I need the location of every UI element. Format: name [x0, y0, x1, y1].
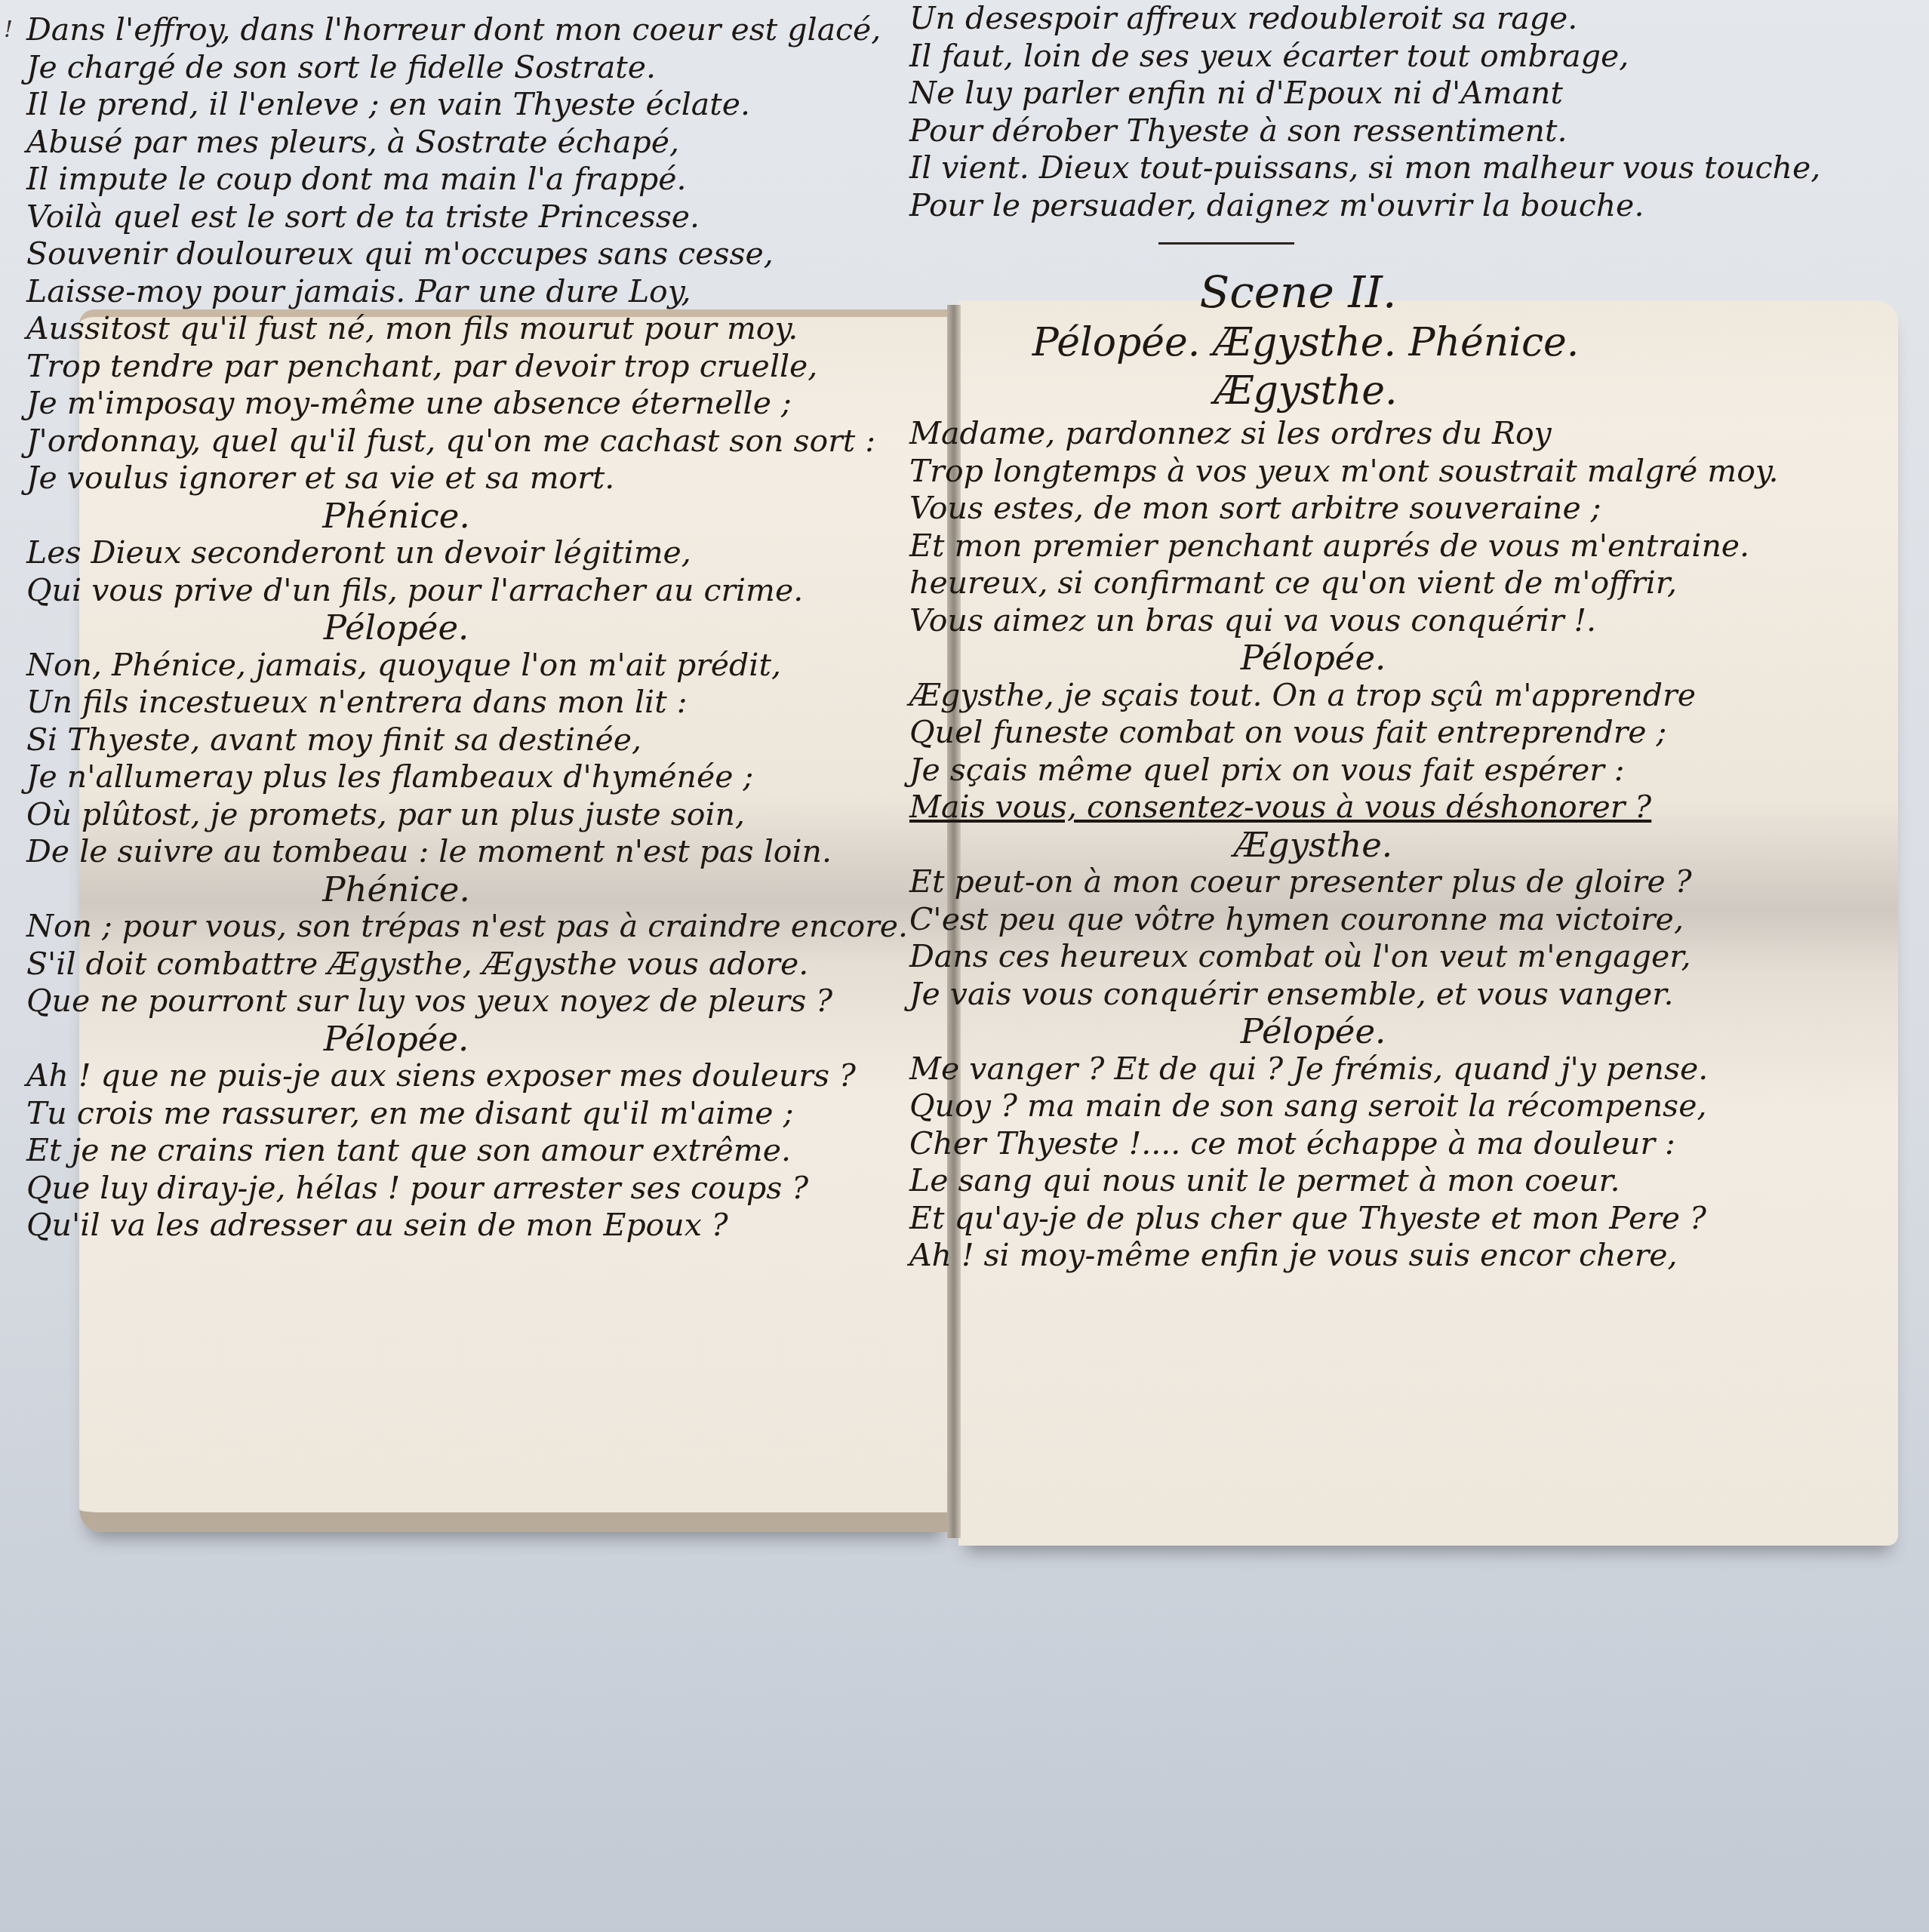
scene-divider-rule	[1158, 242, 1294, 245]
verse-line: Il faut, loin de ses yeux écarter tout o…	[909, 38, 1807, 75]
speaker-name: Ægysthe.	[909, 826, 1807, 864]
verse-line: Si Thyeste, avant moy finit sa destinée,	[26, 721, 857, 759]
margin-mark: !	[4, 11, 13, 49]
verse-line: Ah ! que ne puis-je aux siens exposer me…	[26, 1057, 857, 1095]
verse-line: Que luy diray-je, hélas ! pour arrester …	[26, 1170, 857, 1207]
verse-line: De le suivre au tombeau : le moment n'es…	[26, 833, 857, 871]
verse-line: Non ; pour vous, son trépas n'est pas à …	[26, 908, 857, 946]
verse-line: Je m'imposay moy-même une absence éterne…	[26, 385, 857, 423]
verse-line: Pour dérober Thyeste à son ressentiment.	[909, 112, 1807, 150]
verse-line: Quel funeste combat on vous fait entrepr…	[909, 714, 1807, 752]
verse-line: Où plûtost, je promets, par un plus just…	[26, 796, 857, 834]
verse-line: Laisse-moy pour jamais. Par une dure Loy…	[26, 273, 857, 311]
verse-line: Je chargé de son sort le fidelle Sostrat…	[26, 49, 857, 87]
verse-line: Et mon premier penchant auprés de vous m…	[909, 528, 1807, 565]
cast-list: Pélopée. Ægysthe. Phénice.	[909, 318, 1807, 367]
verse-line: S'il doit combattre Ægysthe, Ægysthe vou…	[26, 946, 857, 983]
verse-line: heureux, si confirmant ce qu'on vient de…	[909, 565, 1807, 602]
verse-line: Un fils incestueux n'entrera dans mon li…	[26, 684, 857, 721]
verse-line: Abusé par mes pleurs, à Sostrate échapé,	[26, 124, 857, 162]
verse-line: Vous aimez un bras qui va vous conquérir…	[909, 602, 1807, 640]
speaker-name: Pélopée.	[909, 639, 1807, 677]
right-page-text: Un desespoir affreux redoubleroit sa rag…	[909, 0, 1807, 1275]
verse-line: Me vanger ? Et de qui ? Je frémis, quand…	[909, 1051, 1807, 1088]
speaker-name: Phénice.	[26, 497, 857, 535]
left-page-text: Dans l'effroy, dans l'horreur dont mon c…	[26, 11, 857, 1244]
verse-line: Dans l'effroy, dans l'horreur dont mon c…	[26, 11, 857, 49]
speaker-name: Phénice.	[26, 871, 857, 909]
verse-line: Qui vous prive d'un fils, pour l'arrache…	[26, 572, 857, 610]
verse-line: Non, Phénice, jamais, quoyque l'on m'ait…	[26, 647, 857, 685]
verse-line: Pour le persuader, daignez m'ouvrir la b…	[909, 187, 1807, 225]
verse-line: Que ne pourront sur luy vos yeux noyez d…	[26, 983, 857, 1020]
verse-line: Tu crois me rassurer, en me disant qu'il…	[26, 1095, 857, 1133]
verse-line: J'ordonnay, quel qu'il fust, qu'on me ca…	[26, 423, 857, 460]
verse-line: Qu'il va les adresser au sein de mon Epo…	[26, 1207, 857, 1244]
verse-line: Et je ne crains rien tant que son amour …	[26, 1132, 857, 1170]
verse-line: Quoy ? ma main de son sang seroit la réc…	[909, 1088, 1807, 1125]
verse-line: Voilà quel est le sort de ta triste Prin…	[26, 198, 857, 236]
verse-line: Il le prend, il l'enleve ; en vain Thyes…	[26, 86, 857, 124]
verse-line: Trop longtemps à vos yeux m'ont soustrai…	[909, 453, 1807, 491]
verse-line: Ne luy parler enfin ni d'Epoux ni d'Aman…	[909, 75, 1807, 112]
verse-line: Souvenir douloureux qui m'occupes sans c…	[26, 235, 857, 273]
speaker-name: Pélopée.	[26, 609, 857, 647]
speaker-name: Pélopée.	[909, 1013, 1807, 1051]
verse-line: Un desespoir affreux redoubleroit sa rag…	[909, 0, 1807, 38]
speaker-name: Pélopée.	[26, 1020, 857, 1058]
verse-line: Et peut-on à mon coeur presenter plus de…	[909, 863, 1807, 901]
verse-line: Dans ces heureux combat où l'on veut m'e…	[909, 938, 1807, 976]
cast-list: Ægysthe.	[909, 367, 1807, 415]
verse-line: Mais vous, consentez-vous à vous déshono…	[909, 789, 1807, 826]
verse-line: Madame, pardonnez si les ordres du Roy	[909, 415, 1807, 453]
verse-line: Ægysthe, je sçais tout. On a trop sçû m'…	[909, 677, 1807, 715]
verse-line: Vous estes, de mon sort arbitre souverai…	[909, 490, 1807, 528]
verse-line: Je vais vous conquérir ensemble, et vous…	[909, 976, 1807, 1014]
verse-line: Les Dieux seconderont un devoir légitime…	[26, 534, 857, 572]
verse-line: Cher Thyeste !.... ce mot échappe à ma d…	[909, 1125, 1807, 1163]
verse-line: Et qu'ay-je de plus cher que Thyeste et …	[909, 1200, 1807, 1238]
verse-line: C'est peu que vôtre hymen couronne ma vi…	[909, 901, 1807, 939]
verse-line: Ah ! si moy-même enfin je vous suis enco…	[909, 1237, 1807, 1275]
verse-line: Je sçais même quel prix on vous fait esp…	[909, 752, 1807, 789]
verse-line: Il vient. Dieux tout-puissans, si mon ma…	[909, 149, 1807, 187]
verse-line: Trop tendre par penchant, par devoir tro…	[26, 348, 857, 386]
verse-line: Je n'allumeray plus les flambeaux d'hymé…	[26, 758, 857, 796]
scene-heading: Scene II.	[909, 266, 1807, 318]
verse-line: Je voulus ignorer et sa vie et sa mort.	[26, 460, 857, 497]
verse-line: Aussitost qu'il fust né, mon fils mourut…	[26, 310, 857, 348]
verse-line: Il impute le coup dont ma main l'a frapp…	[26, 161, 857, 198]
verse-line: Le sang qui nous unit le permet à mon co…	[909, 1162, 1807, 1200]
